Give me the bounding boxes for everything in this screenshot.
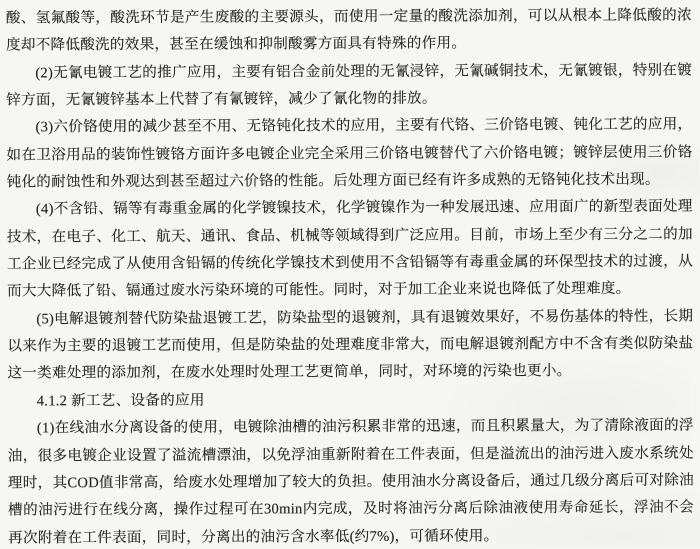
paragraph-item-3-hexavalent-chromium: (3)六价铬使用的减少甚至不用、无铬钝化技术的应用，主要有代铬、三价铬电镀、钝化… [6, 112, 692, 197]
document-page: 酸、氢氟酸等，酸洗环节是产生废酸的主要源头，而使用一定量的酸洗添加剂，可以从根本… [0, 0, 700, 549]
paragraph-item-5-electrolytic-stripping: (5)电解退镀剂替代防染盐退镀工艺，防染盐型的退镀剂，具有退镀效果好，不易伤基体… [7, 303, 693, 388]
paragraph-acid-continuation: 酸、氢氟酸等，酸洗环节是产生废酸的主要源头，而使用一定量的酸洗添加剂，可以从根本… [6, 3, 692, 61]
paragraph-item-2-cyanide-free-plating: (2)无氰电镀工艺的推广应用，主要有铝合金前处理的无氰浸锌，无氰碱铜技术，无氰镀… [6, 57, 692, 115]
paragraph-item-1-oil-water-separation: (1)在线油水分离设备的使用，电镀除油槽的油污积累非常的迅速，而且积累量大，为了… [8, 413, 695, 549]
section-heading-4-1-2: 4.1.2 新工艺、设备的应用 [7, 385, 693, 415]
paragraph-item-4-lead-cadmium-free-nickel: (4)不含铅、镉等有毒重金属的化学镀镍技术，化学镀镍作为一种发展迅速、应用面广的… [7, 194, 693, 306]
